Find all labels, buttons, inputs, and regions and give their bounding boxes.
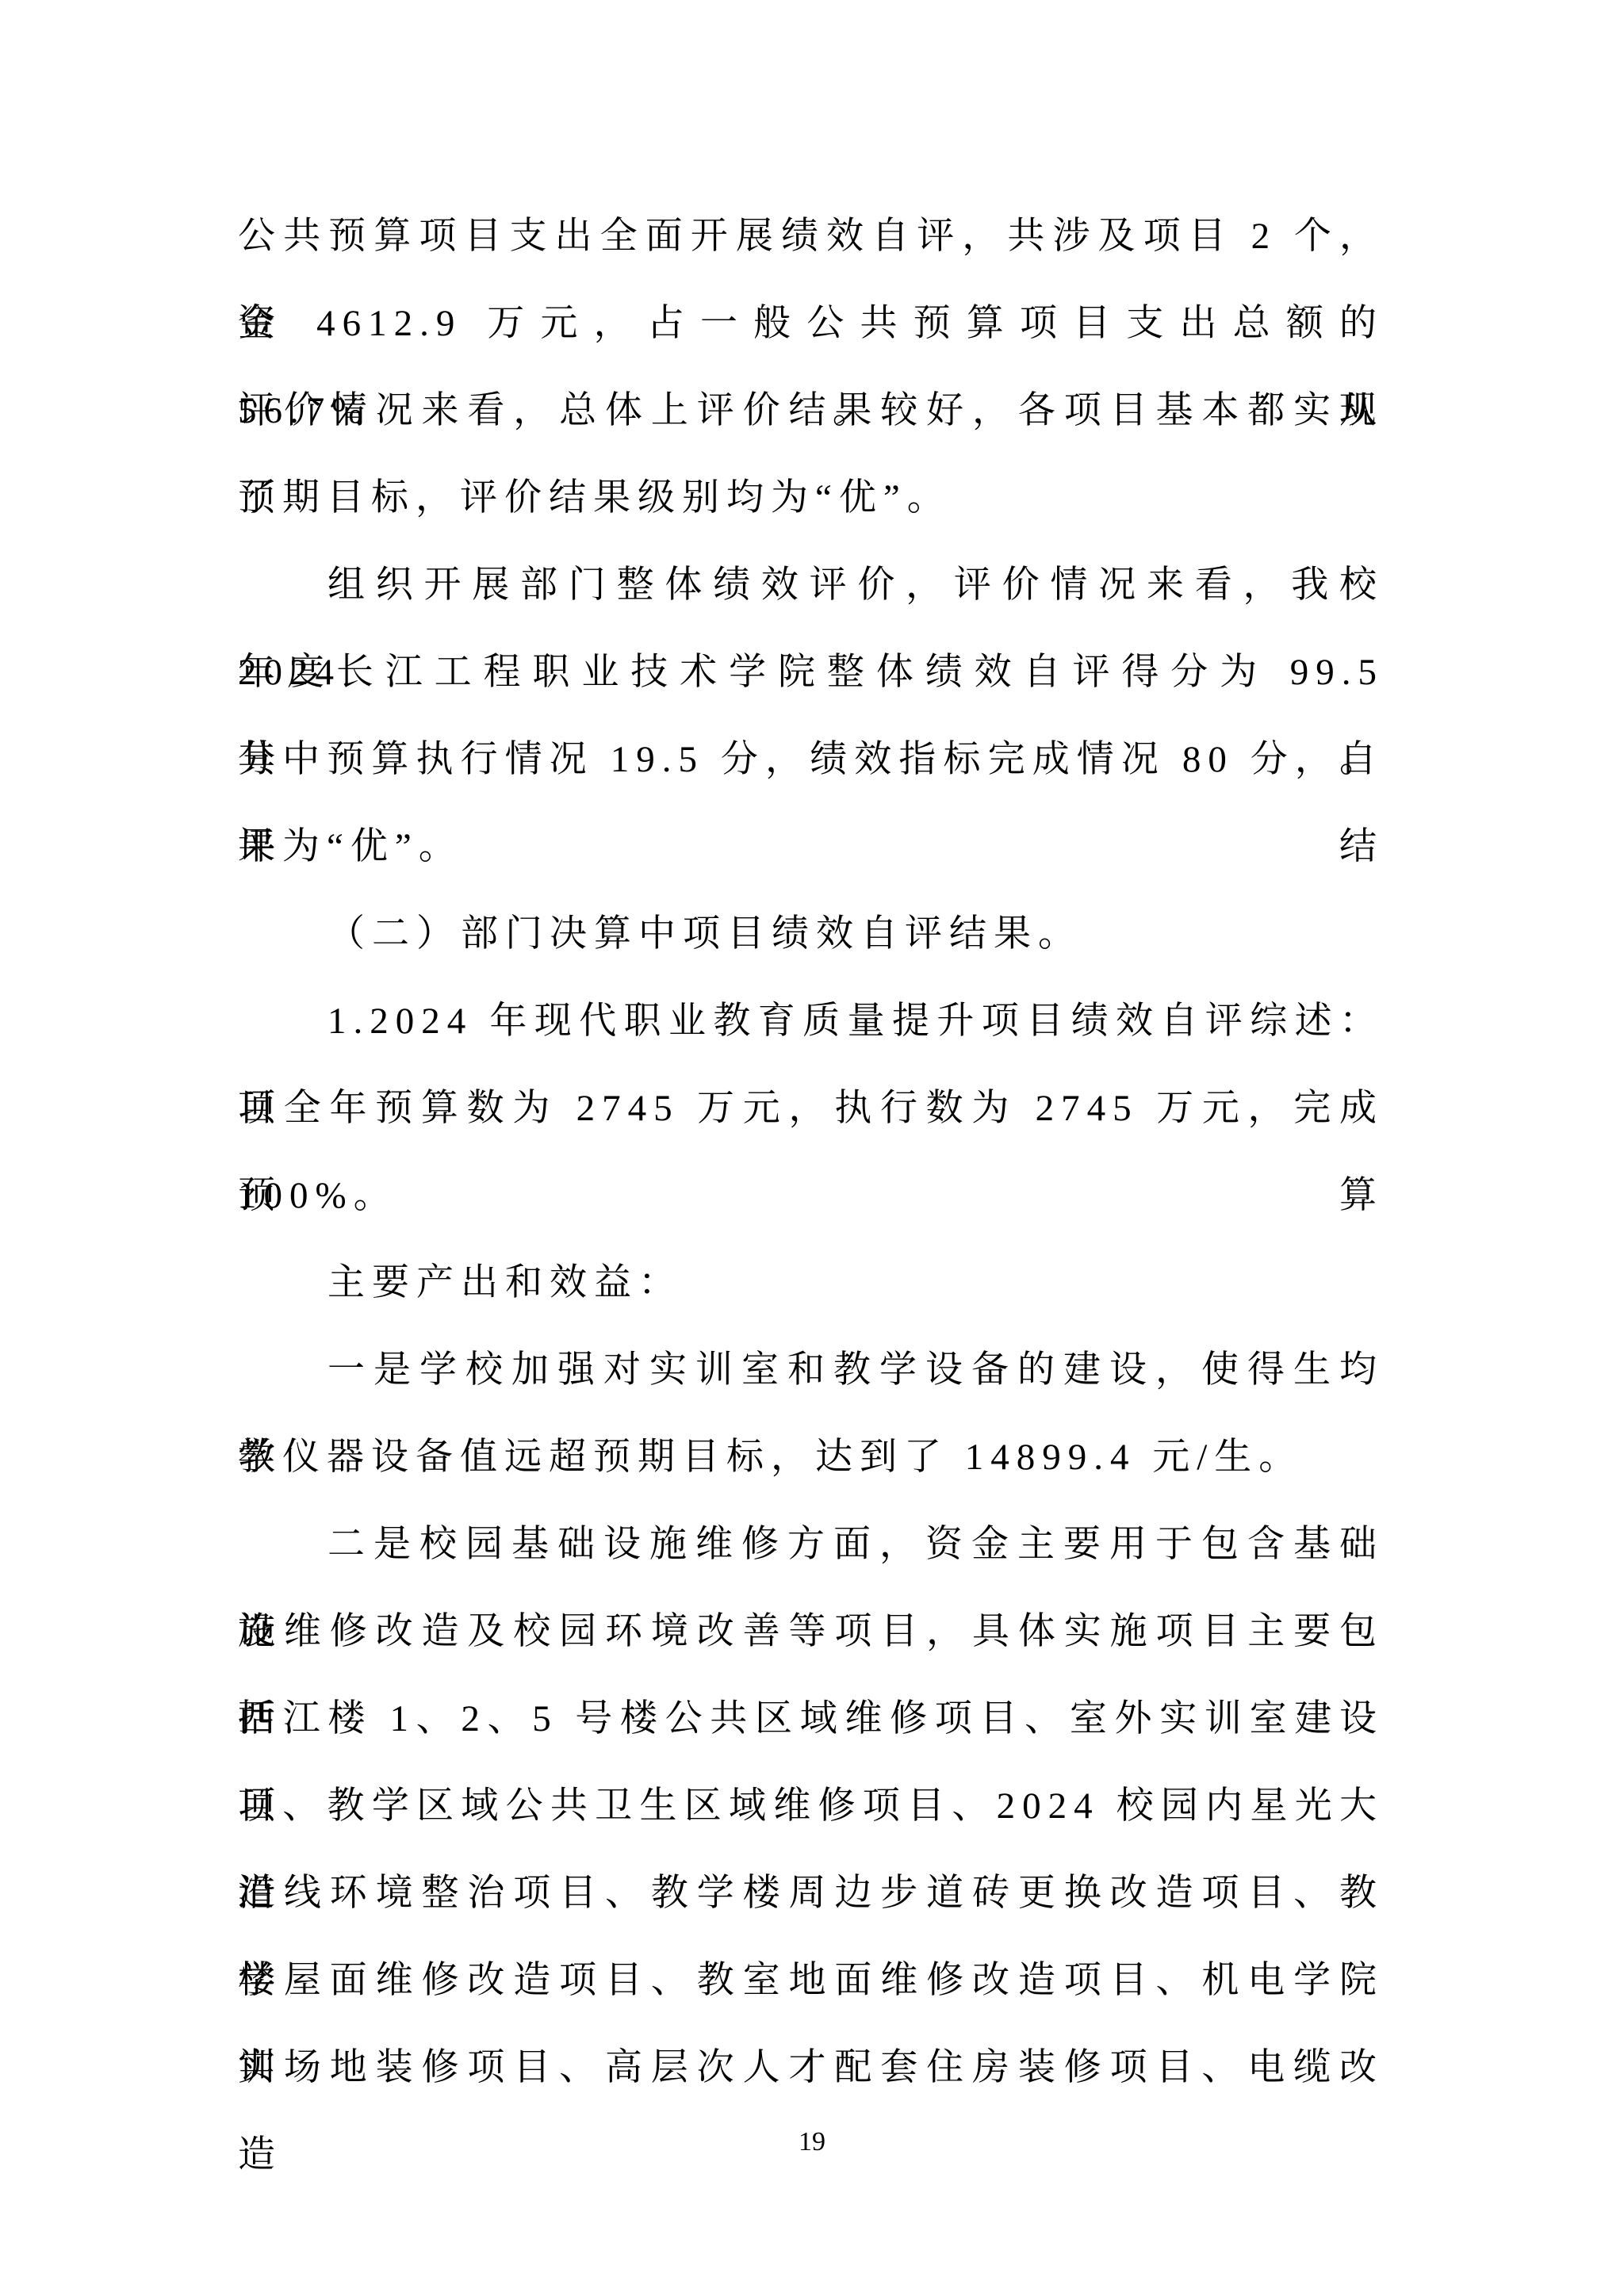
text-line: 年度长江工程职业技术学院整体绩效自评得分为 99.5 分。 <box>238 629 1384 716</box>
text-line: 沿线环境整治项目、教学楼周边步道砖更换改造项目、教学 <box>238 1850 1384 1937</box>
text-line: 楼屋面维修改造项目、教室地面维修改造项目、机电学院实 <box>238 1937 1384 2024</box>
text-line: 金 4612.9 万元，占一般公共预算项目支出总额的 56.7%。从 <box>238 280 1384 367</box>
text-line: 目、教学区域公共卫生区域维修项目、2024 校园内星光大道 <box>238 1762 1384 1850</box>
text-line: 1.2024 年现代职业教育质量提升项目绩效自评综述：项 <box>238 978 1384 1065</box>
text-line: 二是校园基础设施维修方面，资金主要用于包含基础设 <box>238 1501 1384 1588</box>
text-line: 西江楼 1、2、5 号楼公共区域维修项目、室外实训室建设项 <box>238 1675 1384 1762</box>
text-line: 主要产出和效益： <box>238 1239 1384 1326</box>
text-line: 评价情况来看，总体上评价结果较好，各项目基本都实现了 <box>238 367 1384 454</box>
text-line: 训场地装修项目、高层次人才配套住房装修项目、电缆改造 <box>238 2024 1384 2111</box>
text-line: 组织开展部门整体绩效评价，评价情况来看，我校 2024 <box>238 541 1384 629</box>
text-line: 其中预算执行情况 19.5 分，绩效指标完成情况 80 分，自评结 <box>238 716 1384 803</box>
page-number: 19 <box>0 2126 1624 2158</box>
text-line: 施维修改造及校园环境改善等项目，具体实施项目主要包括 <box>238 1588 1384 1675</box>
text-line: 目全年预算数为 2745 万元，执行数为 2745 万元，完成预算 <box>238 1065 1384 1152</box>
document-body: 公共预算项目支出全面开展绩效自评，共涉及项目 2 个，资金 4612.9 万元，… <box>238 193 1384 2111</box>
text-line: 学仪器设备值远超预期目标，达到了 14899.4 元/生。 <box>238 1414 1384 1501</box>
text-line: 预期目标，评价结果级别均为“优”。 <box>238 454 1384 541</box>
text-line: （二）部门决算中项目绩效自评结果。 <box>238 890 1384 978</box>
text-line: 公共预算项目支出全面开展绩效自评，共涉及项目 2 个，资 <box>238 193 1384 280</box>
document-page: 公共预算项目支出全面开展绩效自评，共涉及项目 2 个，资金 4612.9 万元，… <box>0 0 1624 2296</box>
text-line: 一是学校加强对实训室和教学设备的建设，使得生均教 <box>238 1326 1384 1414</box>
